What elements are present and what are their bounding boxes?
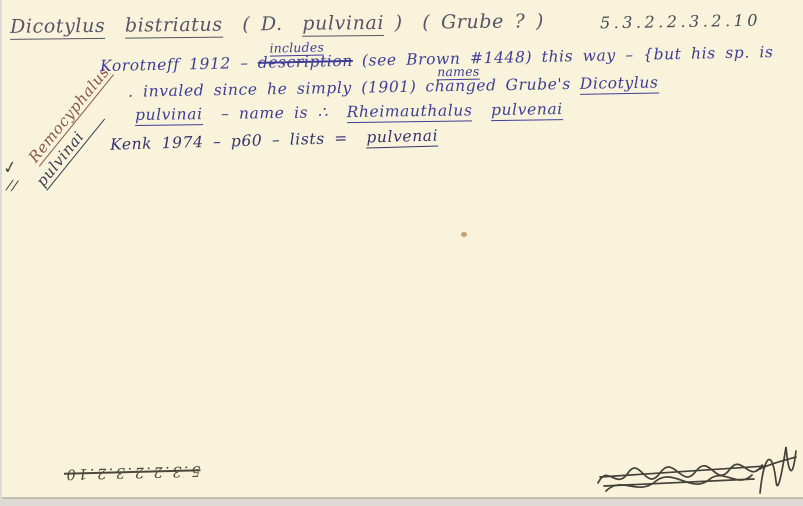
note-invalid-pre: . invaled since he simply (1901) — [128, 78, 417, 101]
word-pulvinai-underlined: pulvinai — [135, 105, 203, 126]
catalog-number: 5.3.2.2.3.2.10 — [600, 11, 761, 33]
inserted-word-names: names — [437, 64, 479, 81]
kenk-species: pulvenai — [366, 127, 438, 149]
genus-dicotylus-underlined: Dicotylus — [580, 73, 659, 94]
synonym-open-paren: ( D. — [242, 13, 283, 35]
genus-rheimauthalus: Rheimauthalus — [347, 101, 473, 123]
index-card: Dicotylus bistriatus ( D. pulvinai ) ( G… — [2, 0, 803, 498]
species-name: bistriatus — [125, 14, 223, 39]
synonym-close-paren: ) — [395, 12, 403, 34]
crossed-out-number: 5.3.2.2.3.2.10 — [64, 462, 201, 482]
taxon-title: Dicotylus bistriatus ( D. pulvinai ) ( G… — [10, 10, 553, 38]
slash-marks: // — [6, 177, 19, 194]
inserted-word-includes: includes — [269, 39, 324, 56]
species-pulvenai: pulvenai — [491, 100, 563, 121]
synonym-name: pulvinai — [302, 12, 384, 37]
author-attribution: ( Grube ? ) — [422, 10, 544, 33]
stain-spot — [461, 232, 467, 237]
note-kenk-start: Kenk 1974 – p60 – lists = — [110, 129, 348, 154]
genus-name: Dicotylus — [10, 15, 105, 40]
note-korotneff-rest: (see Brown #1448) this way – {but his sp… — [362, 43, 774, 70]
note-line-kenk: Kenk 1974 – p60 – lists = pulvenai — [110, 126, 448, 153]
word-grubes: Grube's — [505, 75, 571, 94]
check-mark: ✓ — [1, 157, 19, 179]
note-name-is: – name is ∴ — [221, 103, 328, 122]
note-line-invalid: . invaled since he simply (1901)changedn… — [128, 73, 668, 100]
note-korotneff-start: Korotneff 1912 – — [100, 54, 249, 75]
note-line-name: pulvinai – name is ∴ Rheimauthalus pulve… — [135, 100, 572, 124]
scribble-crossout — [594, 441, 800, 503]
